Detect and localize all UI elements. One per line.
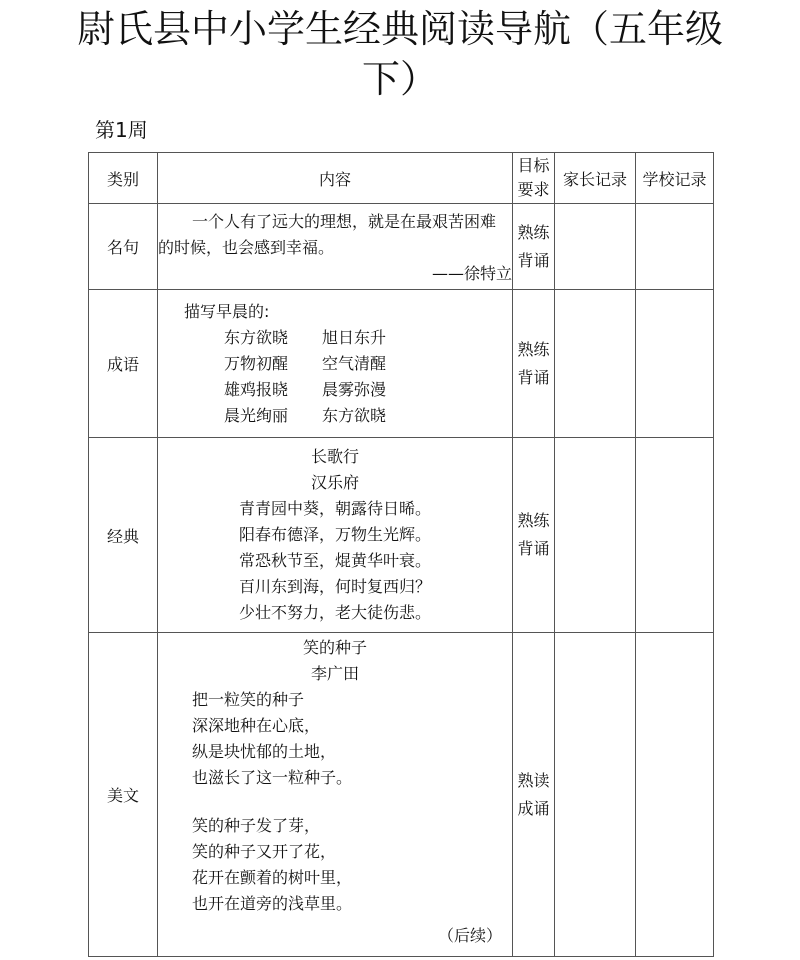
poem-title: 长歌行 <box>158 444 512 470</box>
idiom-intro: 描写早晨的: <box>158 299 512 325</box>
requirement-cell: 熟练 背诵 <box>513 290 555 438</box>
week-label: 第1周 <box>95 114 148 143</box>
quote-line: 的时候，也会感到幸福。 <box>158 235 512 261</box>
school-record-cell[interactable] <box>636 438 714 633</box>
header-req-line-1: 目标 <box>513 154 554 178</box>
idiom: 雄鸡报晓 <box>224 377 322 403</box>
req-line: 成诵 <box>513 795 554 823</box>
title-line-1: 尉氏县中小学生经典阅读导航（五年级 <box>60 4 740 54</box>
poem-line: 把一粒笑的种子 <box>158 687 512 713</box>
continued-note: （后续） <box>158 917 512 949</box>
requirement-cell: 熟读 成诵 <box>513 633 555 957</box>
poem-line: 少壮不努力，老大徒伤悲。 <box>158 600 512 626</box>
requirement-cell: 熟练 背诵 <box>513 204 555 290</box>
poem-line: 纵是块忧郁的土地， <box>158 739 512 765</box>
content-cell: 描写早晨的: 东方欲晓旭日东升 万物初醒空气清醒 雄鸡报晓晨雾弥漫 晨光绚丽东方… <box>158 290 513 438</box>
quote-line: 一个人有了远大的理想，就是在最艰苦困难 <box>158 209 512 235</box>
poem-line: 也滋长了这一粒种子。 <box>158 765 512 791</box>
idiom-row: 万物初醒空气清醒 <box>158 351 512 377</box>
reading-table: 类别 内容 目标 要求 家长记录 学校记录 名句 一个人有了远大的理想，就是在最… <box>88 152 714 957</box>
poem-line: 常恐秋节至，焜黄华叶衰。 <box>158 548 512 574</box>
content-cell: 长歌行 汉乐府 青青园中葵，朝露待日晞。 阳春布德泽，万物生光辉。 常恐秋节至，… <box>158 438 513 633</box>
table-row-classic: 经典 长歌行 汉乐府 青青园中葵，朝露待日晞。 阳春布德泽，万物生光辉。 常恐秋… <box>89 438 714 633</box>
content-cell: 笑的种子 李广田 把一粒笑的种子 深深地种在心底， 纵是块忧郁的土地， 也滋长了… <box>158 633 513 957</box>
page-title: 尉氏县中小学生经典阅读导航（五年级 下） <box>60 4 740 104</box>
poem-line: 笑的种子发了芽， <box>158 813 512 839</box>
school-record-cell[interactable] <box>636 204 714 290</box>
poem-line: 也开在道旁的浅草里。 <box>158 891 512 917</box>
poem-line: 笑的种子又开了花， <box>158 839 512 865</box>
idiom-row: 雄鸡报晓晨雾弥漫 <box>158 377 512 403</box>
poem-line: 深深地种在心底， <box>158 713 512 739</box>
req-line: 背诵 <box>513 364 554 392</box>
header-parent-record: 家长记录 <box>555 153 636 204</box>
req-line: 熟练 <box>513 507 554 535</box>
category-cell: 经典 <box>89 438 158 633</box>
header-row: 类别 内容 目标 要求 家长记录 学校记录 <box>89 153 714 204</box>
header-requirement: 目标 要求 <box>513 153 555 204</box>
category-cell: 成语 <box>89 290 158 438</box>
school-record-cell[interactable] <box>636 290 714 438</box>
req-line: 熟练 <box>513 336 554 364</box>
poem-author: 汉乐府 <box>158 470 512 496</box>
poem-line: 百川东到海，何时复西归？ <box>158 574 512 600</box>
header-category: 类别 <box>89 153 158 204</box>
parent-record-cell[interactable] <box>555 438 636 633</box>
poem-line: 阳春布德泽，万物生光辉。 <box>158 522 512 548</box>
header-school-record: 学校记录 <box>636 153 714 204</box>
poem-line: 青青园中葵，朝露待日晞。 <box>158 496 512 522</box>
parent-record-cell[interactable] <box>555 290 636 438</box>
req-line: 背诵 <box>513 247 554 275</box>
idiom: 晨光绚丽 <box>224 403 322 429</box>
header-content: 内容 <box>158 153 513 204</box>
req-line: 熟读 <box>513 767 554 795</box>
category-cell: 名句 <box>89 204 158 290</box>
school-record-cell[interactable] <box>636 633 714 957</box>
poem-line: 花开在颤着的树叶里， <box>158 865 512 891</box>
stanza-gap <box>158 791 512 813</box>
idiom: 晨雾弥漫 <box>322 377 420 403</box>
poem-title: 笑的种子 <box>158 635 512 661</box>
idiom-row: 东方欲晓旭日东升 <box>158 325 512 351</box>
idiom: 空气清醒 <box>322 351 420 377</box>
idiom: 万物初醒 <box>224 351 322 377</box>
content-cell: 一个人有了远大的理想，就是在最艰苦困难 的时候，也会感到幸福。 ——徐特立 <box>158 204 513 290</box>
requirement-cell: 熟练 背诵 <box>513 438 555 633</box>
idiom: 旭日东升 <box>322 325 420 351</box>
parent-record-cell[interactable] <box>555 204 636 290</box>
parent-record-cell[interactable] <box>555 633 636 957</box>
table-row-quote: 名句 一个人有了远大的理想，就是在最艰苦困难 的时候，也会感到幸福。 ——徐特立… <box>89 204 714 290</box>
idiom-row: 晨光绚丽东方欲晓 <box>158 403 512 429</box>
idiom: 东方欲晓 <box>224 325 322 351</box>
table-row-idiom: 成语 描写早晨的: 东方欲晓旭日东升 万物初醒空气清醒 雄鸡报晓晨雾弥漫 晨光绚… <box>89 290 714 438</box>
header-req-line-2: 要求 <box>513 178 554 202</box>
quote-author: ——徐特立 <box>158 261 512 287</box>
req-line: 背诵 <box>513 535 554 563</box>
idiom: 东方欲晓 <box>322 403 420 429</box>
table-row-prose: 美文 笑的种子 李广田 把一粒笑的种子 深深地种在心底， 纵是块忧郁的土地， 也… <box>89 633 714 957</box>
title-line-2: 下） <box>60 54 740 104</box>
req-line: 熟练 <box>513 219 554 247</box>
category-cell: 美文 <box>89 633 158 957</box>
poem-author: 李广田 <box>158 661 512 687</box>
